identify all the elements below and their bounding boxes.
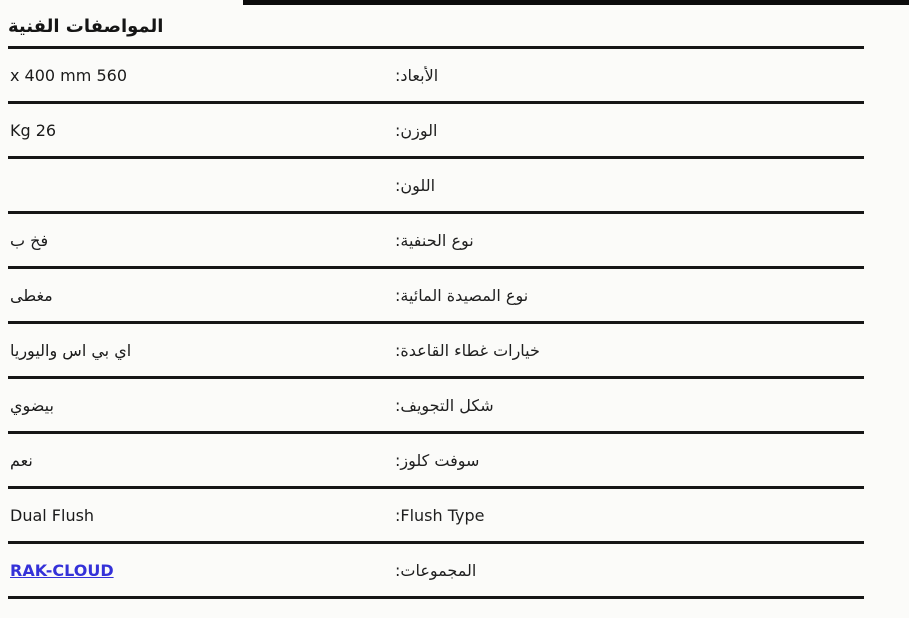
spec-label: Flush Type: (395, 506, 864, 525)
collection-link[interactable]: RAK-CLOUD (10, 561, 114, 580)
specifications-table: 560 x 400 mmالأبعاد:26 Kgالوزن:اللون:فخ … (8, 46, 864, 599)
spec-row: اللون: (8, 159, 864, 214)
spec-value: اي بي اس واليوريا (8, 341, 395, 360)
spec-row: 26 Kgالوزن: (8, 104, 864, 159)
spec-row: 560 x 400 mmالأبعاد: (8, 49, 864, 104)
spec-row: نعمسوفت كلوز: (8, 434, 864, 489)
spec-value: نعم (8, 451, 395, 470)
spec-value: مغطى (8, 286, 395, 305)
spec-value: بيضوي (8, 396, 395, 415)
spec-row: مغطىنوع المصيدة المائية: (8, 269, 864, 324)
spec-label: سوفت كلوز: (395, 451, 864, 470)
spec-label: الوزن: (395, 121, 864, 140)
spec-label: نوع الحنفية: (395, 231, 864, 250)
section-title-technical-specifications: المواصفات الفنية (8, 16, 163, 37)
spec-row: بيضويشكل التجويف: (8, 379, 864, 434)
spec-value: RAK-CLOUD (8, 561, 395, 580)
spec-label: الأبعاد: (395, 66, 864, 85)
spec-row: RAK-CLOUDالمجموعات: (8, 544, 864, 599)
top-divider-rule (243, 0, 909, 5)
spec-label: نوع المصيدة المائية: (395, 286, 864, 305)
spec-value: 26 Kg (8, 121, 395, 140)
spec-label: خيارات غطاء القاعدة: (395, 341, 864, 360)
spec-row: فخ بنوع الحنفية: (8, 214, 864, 269)
spec-label: المجموعات: (395, 561, 864, 580)
spec-value: 560 x 400 mm (8, 66, 395, 85)
spec-label: اللون: (395, 176, 864, 195)
spec-label: شكل التجويف: (395, 396, 864, 415)
spec-value: Dual Flush (8, 506, 395, 525)
spec-value: فخ ب (8, 231, 395, 250)
spec-row: Dual FlushFlush Type: (8, 489, 864, 544)
product-specs-panel: المواصفات الفنية 560 x 400 mmالأبعاد:26 … (0, 0, 909, 618)
spec-row: اي بي اس واليورياخيارات غطاء القاعدة: (8, 324, 864, 379)
